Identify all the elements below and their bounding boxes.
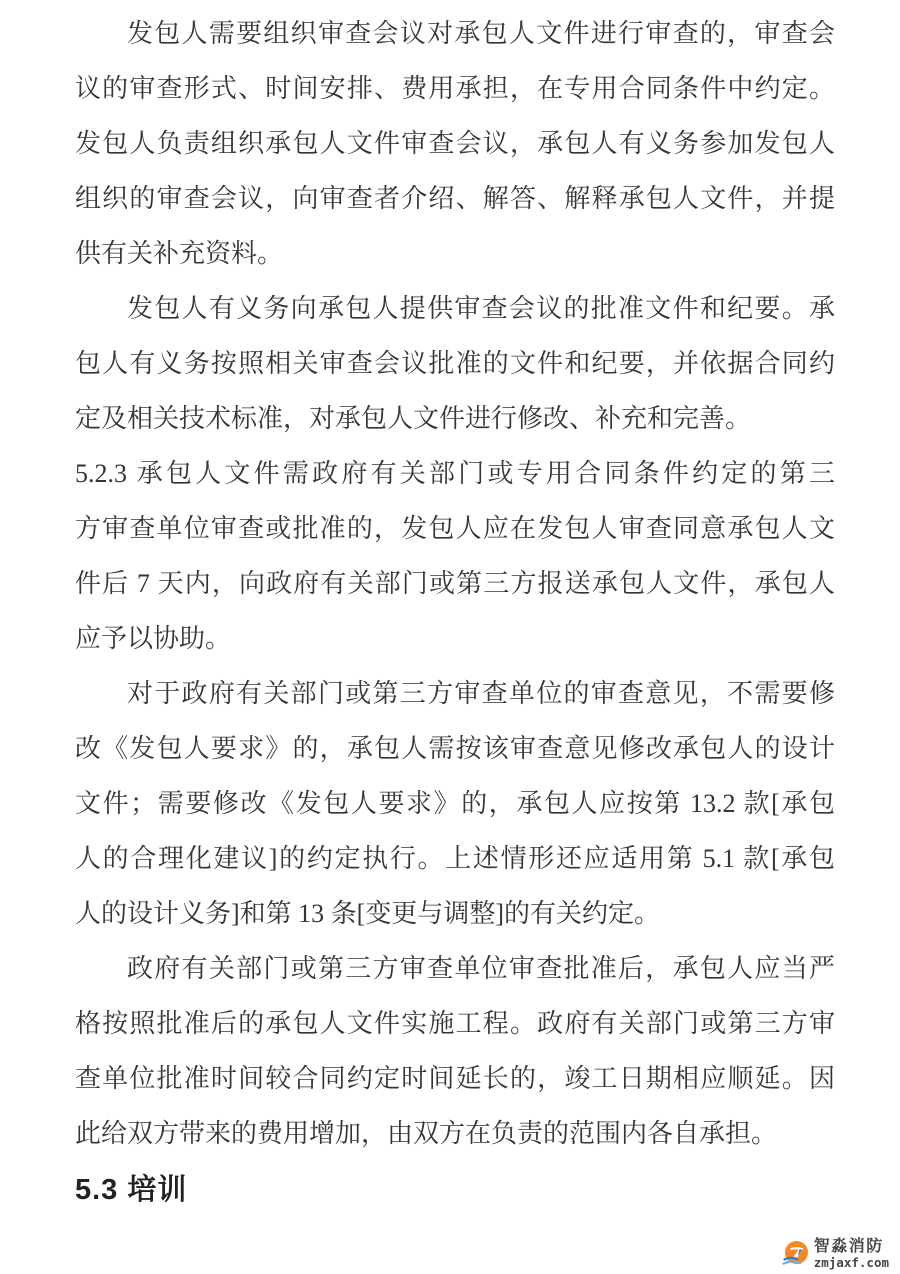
brand-website: zmjaxf.com <box>814 1257 889 1270</box>
text-line: 人的合理化建议]的约定执行。上述情形还应适用第 5.1 款[承包 <box>75 831 835 886</box>
text-line: 议的审查形式、时间安排、费用承担，在专用合同条件中约定。 <box>75 61 835 116</box>
text-line: 人的设计义务]和第 13 条[变更与调整]的有关约定。 <box>75 886 835 941</box>
watermark: 智淼消防 zmjaxf.com <box>782 1239 889 1270</box>
brand-name: 智淼消防 <box>814 1239 889 1255</box>
text-line: 5.2.3 承包人文件需政府有关部门或专用合同条件约定的第三 <box>75 446 835 501</box>
text-line: 改《发包人要求》的，承包人需按该审查意见修改承包人的设计 <box>75 721 835 776</box>
text-line: 政府有关部门或第三方审查单位审查批准后，承包人应当严 <box>75 941 835 996</box>
section-heading: 5.3 培训 <box>75 1161 835 1216</box>
watermark-text: 智淼消防 zmjaxf.com <box>814 1239 889 1270</box>
document-page: 发包人需要组织审查会议对承包人文件进行审查的，审查会 议的审查形式、时间安排、费… <box>0 0 900 1274</box>
paragraph: 对于政府有关部门或第三方审查单位的审查意见，不需要修 改《发包人要求》的，承包人… <box>75 666 835 941</box>
text-line: 发包人有义务向承包人提供审查会议的批准文件和纪要。承 <box>75 281 835 336</box>
text-line: 定及相关技术标准，对承包人文件进行修改、补充和完善。 <box>75 391 835 446</box>
paragraph-clause-5-2-3: 5.2.3 承包人文件需政府有关部门或专用合同条件约定的第三 方审查单位审查或批… <box>75 446 835 666</box>
text-line: 包人有义务按照相关审查会议批准的文件和纪要，并依据合同约 <box>75 336 835 391</box>
paragraph: 发包人需要组织审查会议对承包人文件进行审查的，审查会 议的审查形式、时间安排、费… <box>75 6 835 281</box>
text-line: 方审查单位审查或批准的，发包人应在发包人审查同意承包人文 <box>75 501 835 556</box>
paragraph: 发包人有义务向承包人提供审查会议的批准文件和纪要。承 包人有义务按照相关审查会议… <box>75 281 835 446</box>
document-body: 发包人需要组织审查会议对承包人文件进行审查的，审查会 议的审查形式、时间安排、费… <box>75 6 835 1216</box>
text-line: 格按照批准后的承包人文件实施工程。政府有关部门或第三方审 <box>75 996 835 1051</box>
text-line: 发包人需要组织审查会议对承包人文件进行审查的，审查会 <box>75 6 835 61</box>
text-line: 应予以协助。 <box>75 611 835 666</box>
text-line: 此给双方带来的费用增加，由双方在负责的范围内各自承担。 <box>75 1106 835 1161</box>
text-line: 文件；需要修改《发包人要求》的，承包人应按第 13.2 款[承包 <box>75 776 835 831</box>
text-line: 供有关补充资料。 <box>75 226 835 281</box>
text-line: 查单位批准时间较合同约定时间延长的，竣工日期相应顺延。因 <box>75 1051 835 1106</box>
paragraph: 政府有关部门或第三方审查单位审查批准后，承包人应当严 格按照批准后的承包人文件实… <box>75 941 835 1161</box>
text-line: 对于政府有关部门或第三方审查单位的审查意见，不需要修 <box>75 666 835 721</box>
brand-logo-icon <box>782 1240 810 1268</box>
text-line: 组织的审查会议，向审查者介绍、解答、解释承包人文件，并提 <box>75 171 835 226</box>
text-line: 发包人负责组织承包人文件审查会议，承包人有义务参加发包人 <box>75 116 835 171</box>
text-line: 件后 7 天内，向政府有关部门或第三方报送承包人文件，承包人 <box>75 556 835 611</box>
